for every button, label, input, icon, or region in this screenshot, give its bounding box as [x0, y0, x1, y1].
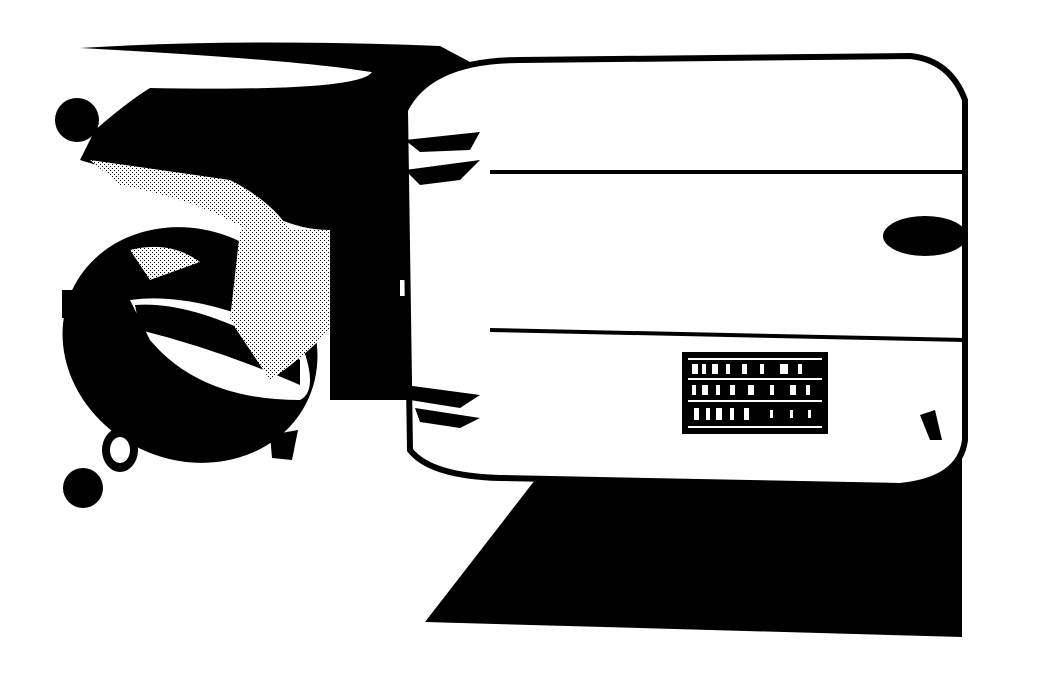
photograph	[0, 0, 1056, 688]
upper-knob	[55, 98, 99, 142]
label-plate	[682, 352, 828, 434]
lower-knob	[63, 468, 103, 508]
